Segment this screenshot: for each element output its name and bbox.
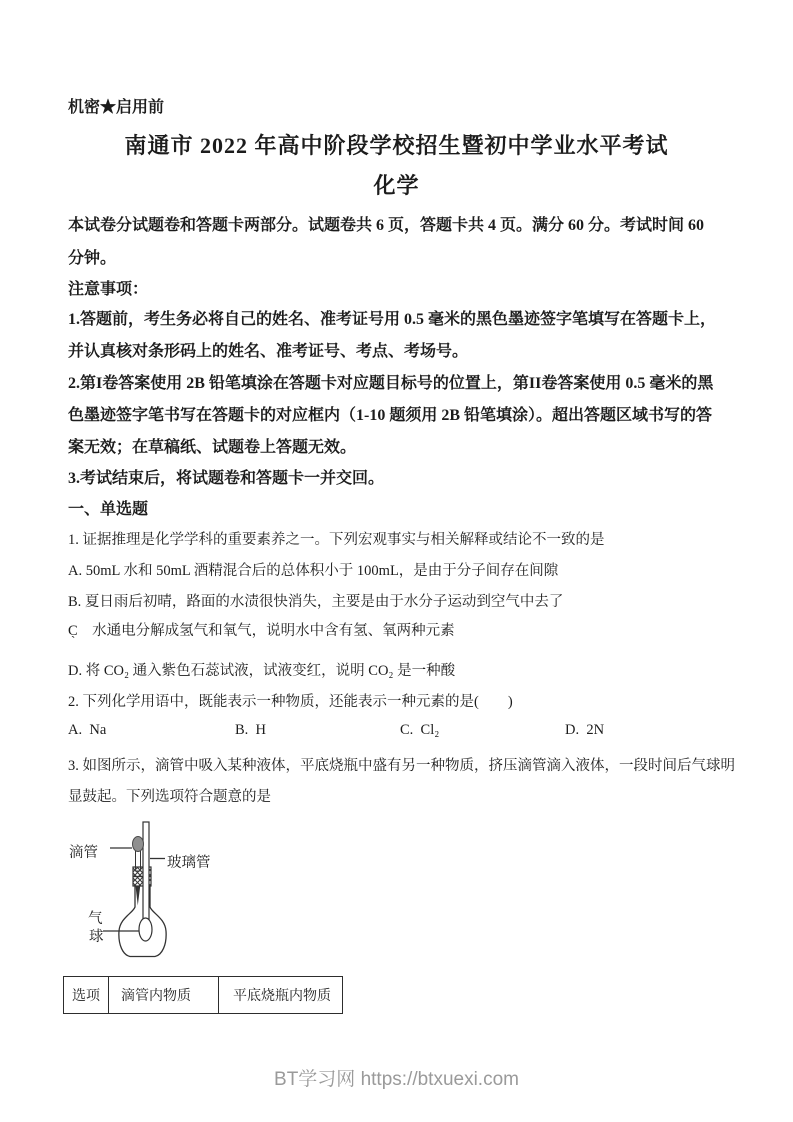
question3-stem-line2: 显鼓起。下列选项符合题意的是 [68,785,271,806]
notice-item1-line1: 1.答题前，考生务必将自己的姓名、准考证号用 0.5 毫米的黑色墨迹签字笔填写在… [68,306,716,329]
notice-heading: 注意事项： [68,276,148,299]
notice-item2-line2: 色墨迹签字笔书写在答题卡的对应框内（1-10 题须用 2B 铅笔填涂）。超出答题… [68,402,712,425]
exam-paper-page: 机密★启用前 南通市 2022 年高中阶段学校招生暨初中学业水平考试 化学 本试… [0,0,793,1122]
question2-stem: 2. 下列化学用语中，既能表示一种物质，还能表示一种元素的是( ) [68,690,513,711]
substance-table: 选项 滴管内物质 平底烧瓶内物质 [63,976,343,1014]
notice-item2-line1: 2.第I卷答案使用 2B 铅笔填涂在答题卡对应题目标号的位置上，第II卷答案使用… [68,370,713,393]
question1-option-c: C 水通电分解成氢气和氧气，说明水中含有氢、氧两种元素 [68,619,455,640]
balloon-label-bottom: 球 [89,925,104,946]
table-header-option: 选项 [64,977,109,1014]
question2-option-b: B. H [235,722,266,739]
table-header-dropper-substance: 滴管内物质 [109,977,219,1014]
substance-table-header-row: 选项 滴管内物质 平底烧瓶内物质 [64,977,343,1014]
question1-stem: 1. 证据推理是化学学科的重要素养之一。下列宏观事实与相关解释或结论不一致的是 [68,528,605,549]
exam-title: 南通市 2022 年高中阶段学校招生暨初中学业水平考试 [0,129,793,160]
stray-print-mark: ` [71,633,75,649]
exam-subject-title: 化学 [0,169,793,200]
intro-line-1: 本试卷分试题卷和答题卡两部分。试题卷共 6 页，答题卡共 4 页。满分 60 分… [68,212,704,235]
dropper-bulb-shape [133,837,144,852]
glass-tube-label: 玻璃管 [167,851,211,872]
confidential-label: 机密★启用前 [68,94,164,117]
notice-item2-line3: 案无效；在草稿纸、试题卷上答题无效。 [68,434,356,457]
question2-option-d: D. 2N [565,722,604,739]
section-heading-single-choice: 一、单选题 [68,496,148,519]
glass-tube-shape [143,822,149,921]
site-credit-footer: BT学习网 https://btxuexi.com [0,1064,793,1091]
table-header-flask-substance: 平底烧瓶内物质 [219,977,343,1014]
question3-stem-line1: 3. 如图所示，滴管中吸入某种液体，平底烧瓶中盛有另一种物质，挤压滴管滴入液体，… [68,754,735,775]
intro-line-2: 分钟。 [68,245,116,268]
apparatus-diagram: 滴管 玻璃管 气 球 [60,815,240,970]
question1-option-a: A. 50mL 水和 50mL 酒精混合后的总体积小于 100mL，是由于分子间… [68,559,558,580]
question2-option-c: C. Cl₂ [400,722,439,739]
notice-item3: 3.考试结束后，将试题卷和答题卡一并交回。 [68,465,384,488]
balloon-shape [139,918,152,941]
dropper-label: 滴管 [69,841,98,862]
question2-option-a: A. Na [68,722,106,739]
question1-option-b: B. 夏日雨后初晴，路面的水渍很快消失，主要是由于水分子运动到空气中去了 [68,590,563,611]
notice-item1-line2: 并认真核对条形码上的姓名、准考证号、考点、考场号。 [68,338,468,361]
flask-apparatus-drawing [60,815,240,970]
question1-option-d: D. 将 CO₂ 通入紫色石蕊试液，试液变红，说明 CO₂ 是一种酸 [68,659,455,680]
